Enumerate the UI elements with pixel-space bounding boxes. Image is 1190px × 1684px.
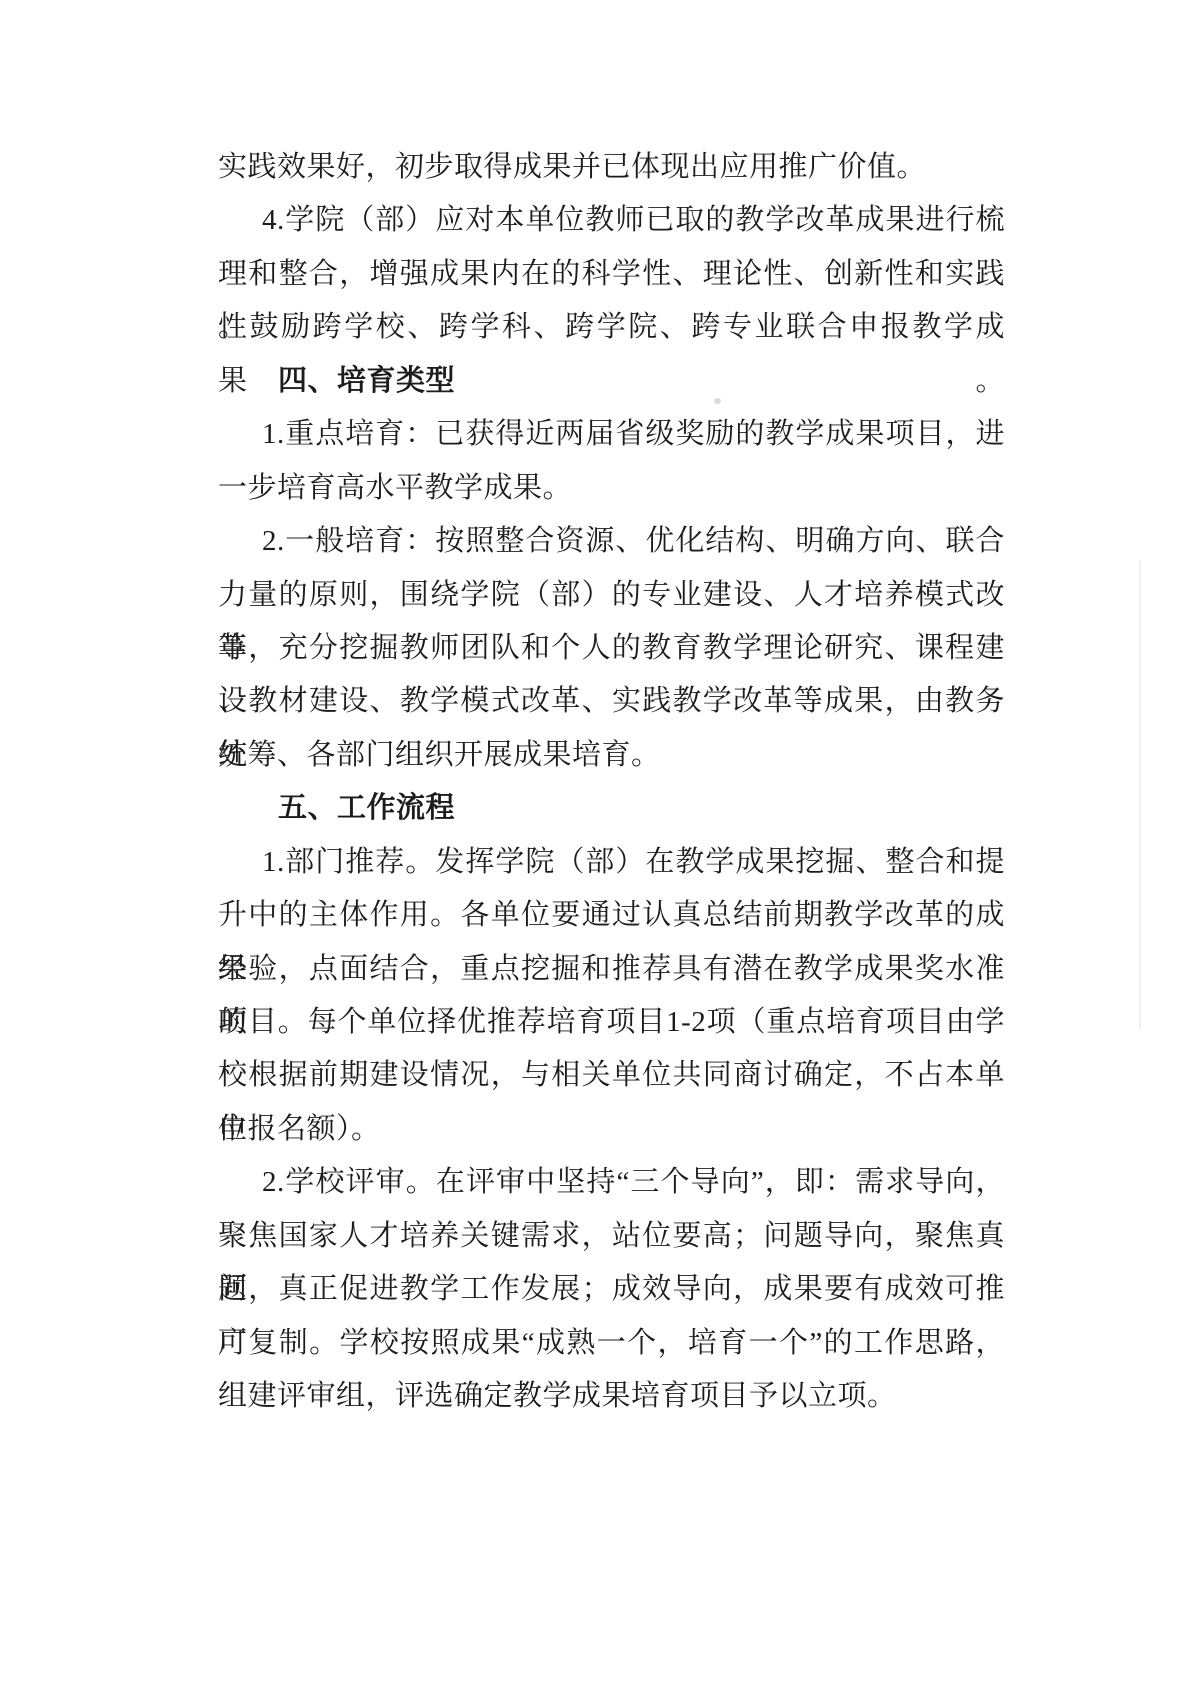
text-line: 申报名额）。	[218, 1103, 1005, 1156]
text-line: 力量的原则，围绕学院（部）的专业建设、人才培养模式改革	[218, 569, 1005, 622]
text-line: 组建评审组，评选确定教学成果培育项目予以立项。	[218, 1370, 1005, 1423]
text-line: 聚焦国家人才培养关键需求，站位要高；问题导向，聚焦真问	[218, 1210, 1005, 1263]
text-line: 一步培育高水平教学成果。	[218, 462, 1005, 515]
section-heading: 五、工作流程	[218, 782, 1005, 835]
text-line: 统筹、各部门组织开展成果培育。	[218, 729, 1005, 782]
text-line: 4.学院（部）应对本单位教师已取的教学改革成果进行梳	[218, 194, 1005, 247]
text-line: 2.一般培育：按照整合资源、优化结构、明确方向、联合	[218, 515, 1005, 568]
text-line: 等，充分挖掘教师团队和个人的教育教学理论研究、课程建设	[218, 622, 1005, 675]
text-line: 1.重点培育：已获得近两届省级奖励的教学成果项目，进	[218, 408, 1005, 461]
text-line: 、教材建设、教学模式改革、实践教学改革等成果，由教务处	[218, 675, 1005, 728]
text-line: 1.部门推荐。发挥学院（部）在教学成果挖掘、整合和提	[218, 836, 1005, 889]
text-line: 可复制。学校按照成果“成熟一个，培育一个”的工作思路，	[218, 1317, 1005, 1370]
text-line: 2.学校评审。在评审中坚持“三个导向”，即：需求导向，	[218, 1156, 1005, 1209]
text-line: 项目。每个单位择优推荐培育项目1-2项（重点培育项目由学	[218, 996, 1005, 1049]
text-line: 理和整合，增强成果内在的科学性、理论性、创新性和实践性	[218, 248, 1005, 301]
scan-speck	[714, 398, 721, 404]
text-line: 题，真正促进教学工作发展；成效导向，成果要有成效可推广	[218, 1263, 1005, 1316]
text-line: 实践效果好，初步取得成果并已体现出应用推广价值。	[218, 141, 1005, 194]
text-line: 。鼓励跨学校、跨学科、跨学院、跨专业联合申报教学成果。	[218, 301, 1005, 354]
text-line: 经验，点面结合，重点挖掘和推荐具有潜在教学成果奖水准的	[218, 943, 1005, 996]
text-line: 校根据前期建设情况，与相关单位共同商讨确定，不占本单位	[218, 1049, 1005, 1102]
text-line: 升中的主体作用。各单位要通过认真总结前期教学改革的成果	[218, 889, 1005, 942]
document-text-block: 实践效果好，初步取得成果并已体现出应用推广价值。4.学院（部）应对本单位教师已取…	[218, 141, 1005, 1424]
document-page: 实践效果好，初步取得成果并已体现出应用推广价值。4.学院（部）应对本单位教师已取…	[0, 0, 1190, 1684]
scan-edge-artifact	[1139, 560, 1141, 1030]
